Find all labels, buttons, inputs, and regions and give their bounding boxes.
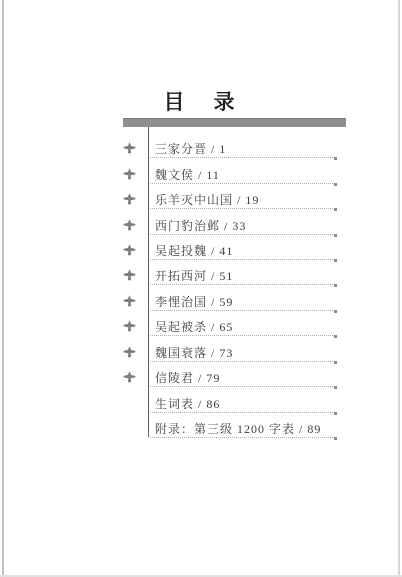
toc-entry-title: 李悝治国 [155, 295, 207, 310]
toc-entry-page: 33 [232, 219, 246, 234]
toc-entry-title: 吴起被杀 [155, 320, 207, 335]
club-bullet-icon [123, 371, 136, 384]
toc-entry-title: 魏文侯 [155, 168, 194, 183]
toc-entry-title: 三家分晋 [155, 142, 207, 157]
toc-entry-title: 乐羊灭中山国 [155, 193, 233, 208]
toc-vertical-rule [148, 127, 149, 437]
toc-entry-title: 魏国衰落 [155, 346, 207, 361]
toc-entry-separator: / [299, 422, 303, 437]
toc-entry-separator: / [211, 244, 215, 259]
toc-entry: 魏国衰落/73 [150, 344, 335, 362]
toc-entry-separator: / [211, 346, 215, 361]
toc-entry-separator: / [224, 219, 228, 234]
toc-entry-title: 开拓西河 [155, 269, 207, 284]
toc-entry: 乐羊灭中山国/19 [150, 191, 335, 209]
club-bullet-icon [123, 269, 136, 282]
toc-entry-page: 86 [206, 397, 220, 412]
toc-entry-page: 41 [219, 244, 233, 259]
club-bullet-icon [123, 193, 136, 206]
toc-entry-page: 51 [219, 269, 233, 284]
toc-entry-title: 吴起投魏 [155, 244, 207, 259]
toc-entry-separator: / [198, 371, 202, 386]
toc-entry-page: 1 [219, 142, 226, 157]
toc-entry: 吴起被杀/65 [150, 318, 335, 336]
toc-entry-separator: / [211, 295, 215, 310]
toc-entry-page: 59 [219, 295, 233, 310]
book-toc-page: 目 录 三家分晋/1 魏文侯/11 乐羊灭中山国/19 西门豹治邺/33 吴起投… [0, 0, 402, 577]
club-bullet-icon [123, 168, 136, 181]
toc-entry-separator: / [211, 320, 215, 335]
club-bullet-icon [123, 346, 136, 359]
toc-entry: 开拓西河/51 [150, 267, 335, 285]
toc-entry: 生词表/86 [150, 395, 335, 413]
club-bullet-icon [123, 219, 136, 232]
page-left-edge-line [2, 0, 4, 577]
toc-entry-separator: / [211, 269, 215, 284]
toc-entry: 信陵君/79 [150, 369, 335, 387]
toc-entry-separator: / [198, 168, 202, 183]
toc-entry-title: 生词表 [155, 397, 194, 412]
toc-entry-page: 79 [206, 371, 220, 386]
toc-entry: 吴起投魏/41 [150, 242, 335, 260]
toc-entry: 魏文侯/11 [150, 166, 335, 184]
toc-entry-separator: / [198, 397, 202, 412]
toc-entry: 李悝治国/59 [150, 293, 335, 311]
title-underline-bar [123, 118, 346, 127]
toc-entry: 附录：第三级 1200 字表/89 [150, 420, 335, 438]
toc-entry-title: 信陵君 [155, 371, 194, 386]
page-title: 目 录 [0, 92, 402, 114]
toc-entry-page: 11 [206, 168, 220, 183]
toc-entry-title: 西门豹治邺 [155, 219, 220, 234]
toc-entry-separator: / [211, 142, 215, 157]
toc-entry-title: 附录：第三级 1200 字表 [155, 422, 295, 437]
club-bullet-icon [123, 320, 136, 333]
club-bullet-icon [123, 244, 136, 257]
toc-entry-page: 19 [245, 193, 259, 208]
club-bullet-icon [123, 295, 136, 308]
toc-entry-page: 89 [307, 422, 321, 437]
page-right-edge-line [398, 0, 400, 577]
club-bullet-icon [123, 142, 136, 155]
toc-entry-page: 73 [219, 346, 233, 361]
toc-entry-separator: / [237, 193, 241, 208]
toc-entry: 西门豹治邺/33 [150, 217, 335, 235]
toc-entry: 三家分晋/1 [150, 140, 335, 158]
toc-entry-page: 65 [219, 320, 233, 335]
